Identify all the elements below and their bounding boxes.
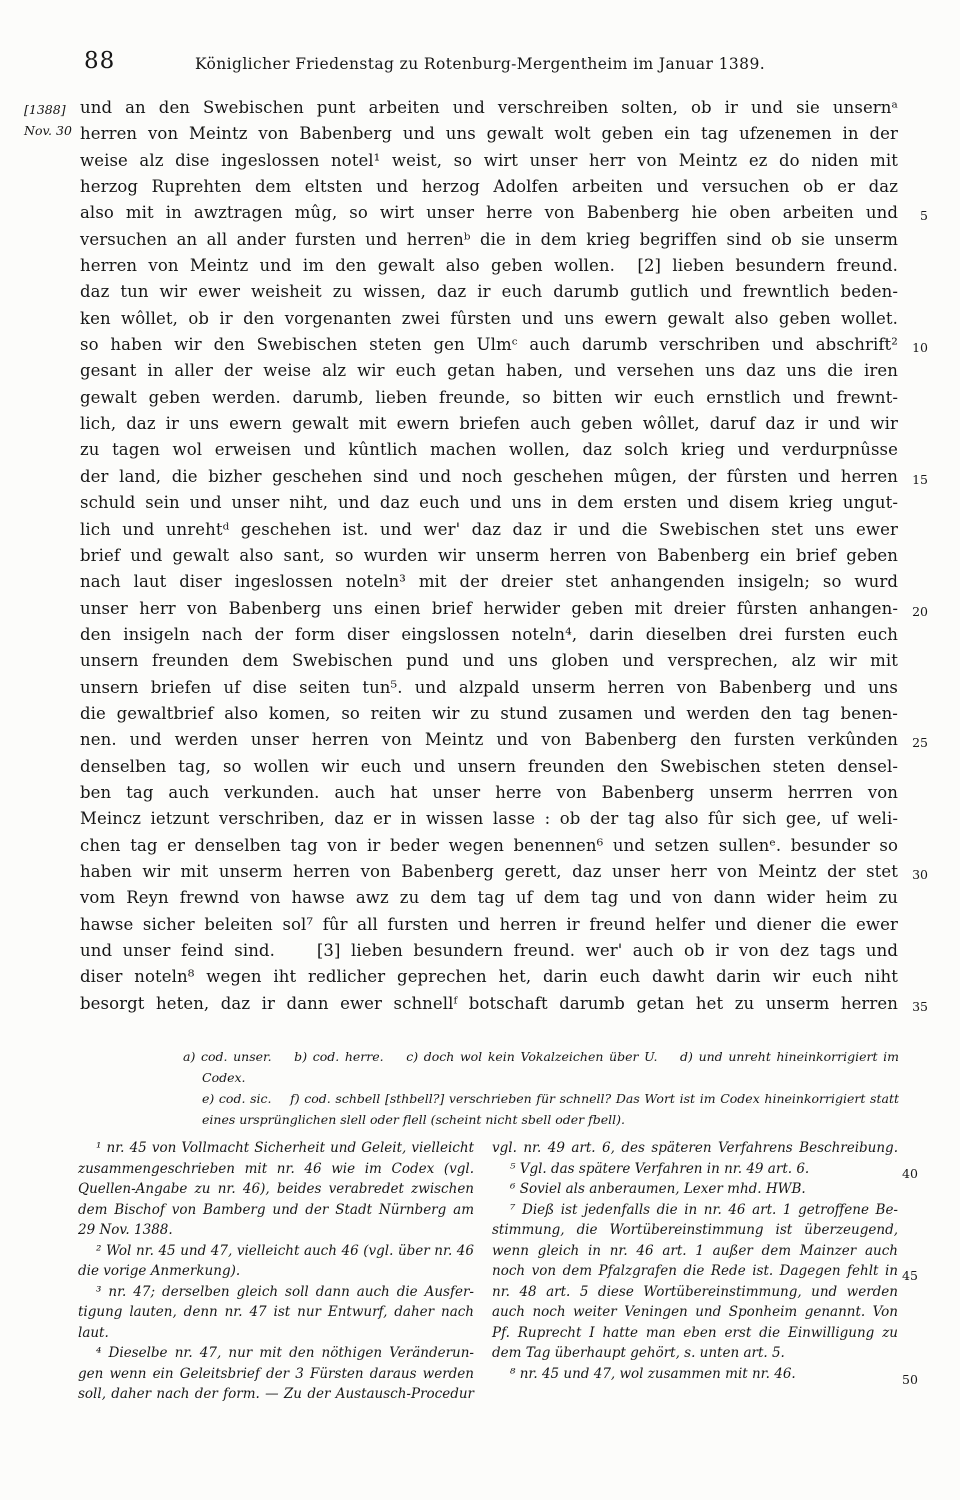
text-line: nen. und werden unser herren von Meintz … xyxy=(80,727,898,753)
text-line: denselben tag, so wollen wir euch und un… xyxy=(80,754,898,780)
text-line: ken wôllet, ob ir den vorgenanten zwei f… xyxy=(80,306,898,332)
text-line: also mit in awztragen mûg, so wirt unser… xyxy=(80,200,898,226)
text-line: den insigeln nach der form diser eingslo… xyxy=(80,622,898,648)
text-line: vom Reyn frewnd von hawse awz zu dem tag… xyxy=(80,885,898,911)
line-number-30: 30 xyxy=(912,862,928,888)
footnotes-left-column: ¹ nr. 45 von Vollmacht Sicherheit und Ge… xyxy=(78,1138,474,1405)
text-line: laut. xyxy=(78,1323,474,1344)
text-line: gesant in aller der weise alz wir euch g… xyxy=(80,358,898,384)
line-number-35: 35 xyxy=(912,994,928,1020)
text-line: unser herr von Babenberg uns einen brief… xyxy=(80,596,898,622)
text-line: weise alz dise ingeslossen notel¹ weist,… xyxy=(80,148,898,174)
margin-note-year: [1388] xyxy=(24,99,72,120)
text-line: haben wir mit unserm herren von Babenber… xyxy=(80,859,898,885)
text-line: ⁵ Vgl. das spätere Verfahren in nr. 49 a… xyxy=(492,1159,898,1180)
line-number-25: 25 xyxy=(912,730,928,756)
text-line: lich und unrehtᵈ geschehen ist. und wer'… xyxy=(80,517,898,543)
text-line: eines ursprünglichen slell oder flell (s… xyxy=(202,1109,899,1130)
text-line: dem Tag überhaupt gehört, s. unten art. … xyxy=(492,1343,898,1364)
text-line: dem Bischof von Bamberg und der Stadt Nü… xyxy=(78,1200,474,1221)
text-line: ³ nr. 47; derselben gleich soll dann auc… xyxy=(78,1282,474,1303)
text-line: ² Wol nr. 45 und 47, vielleicht auch 46 … xyxy=(78,1241,474,1262)
text-line: ben tag auch verkunden. auch hat unser h… xyxy=(80,780,898,806)
text-line: stimmung, die Wortübereinstimmung ist üb… xyxy=(492,1220,898,1241)
text-line: Quellen-Angabe zu nr. 46), beides verabr… xyxy=(78,1179,474,1200)
main-text-block: und an den Swebischen punt arbeiten und … xyxy=(80,95,898,1017)
text-line: nr. 48 art. 5 diese Wortübereinstimmung,… xyxy=(492,1282,898,1303)
text-line: noch von dem Pfalzgrafen die Rede ist. D… xyxy=(492,1261,898,1282)
book-page: 88 Königlicher Friedenstag zu Rotenburg-… xyxy=(0,0,960,1500)
text-line: unsern freunden dem Swebischen pund und … xyxy=(80,648,898,674)
line-number-50: 50 xyxy=(902,1372,918,1387)
text-line: schuld sein und unser niht, und daz euch… xyxy=(80,490,898,516)
text-line: e) cod. sic. f) cod. schbell [sthbell?] … xyxy=(202,1088,899,1109)
text-line: und unser feind sind. [3] lieben besunde… xyxy=(80,938,898,964)
text-line: ⁴ Dieselbe nr. 47, nur mit den nöthigen … xyxy=(78,1343,474,1364)
text-line: vgl. nr. 49 art. 6, des späteren Verfahr… xyxy=(492,1138,898,1159)
text-line: a) cod. unser. b) cod. herre. c) doch wo… xyxy=(202,1046,899,1088)
text-line: soll, daher nach der form. — Zu der Aust… xyxy=(78,1384,474,1405)
margin-date-note: [1388] Nov. 30 xyxy=(24,99,72,141)
text-line: so haben wir den Swebischen steten gen U… xyxy=(80,332,898,358)
text-line: Pf. Ruprecht I hatte man eben erst die E… xyxy=(492,1323,898,1344)
text-line: auch noch weiter Veningen und Sponheim g… xyxy=(492,1302,898,1323)
text-line: hawse sicher beleiten sol⁷ fûr all furst… xyxy=(80,912,898,938)
line-number-5: 5 xyxy=(920,203,928,229)
text-line: gewalt geben werden. darumb, lieben freu… xyxy=(80,385,898,411)
text-line: nach laut diser ingeslossen noteln³ mit … xyxy=(80,569,898,595)
text-line: Meincz ietzunt verschriben, daz er in wi… xyxy=(80,806,898,832)
footnotes-right-column: vgl. nr. 49 art. 6, des späteren Verfahr… xyxy=(492,1138,898,1384)
line-number-15: 15 xyxy=(912,467,928,493)
text-line: besorgt heten, daz ir dann ewer schnellᶠ… xyxy=(80,991,898,1017)
text-line: 29 Nov. 1388. xyxy=(78,1220,474,1241)
line-number-20: 20 xyxy=(912,599,928,625)
text-line: brief und gewalt also sant, so wurden wi… xyxy=(80,543,898,569)
line-number-40: 40 xyxy=(902,1166,918,1181)
text-line: ⁶ Soviel als anberaumen, Lexer mhd. HWB. xyxy=(492,1179,898,1200)
text-line: ⁸ nr. 45 und 47, wol zusammen mit nr. 46… xyxy=(492,1364,898,1385)
text-line: ¹ nr. 45 von Vollmacht Sicherheit und Ge… xyxy=(78,1138,474,1159)
text-line: lich, daz ir uns ewern gewalt mit ewern … xyxy=(80,411,898,437)
text-line: und an den Swebischen punt arbeiten und … xyxy=(80,95,898,121)
text-line: wenn gleich in nr. 46 art. 1 außer dem M… xyxy=(492,1241,898,1262)
text-line: diser noteln⁸ wegen iht redlicher geprec… xyxy=(80,964,898,990)
text-line: zusammengeschrieben mit nr. 46 wie im Co… xyxy=(78,1159,474,1180)
text-line: unsern briefen uf dise seiten tun⁵. und … xyxy=(80,675,898,701)
margin-note-date: Nov. 30 xyxy=(24,120,72,141)
text-line: gen wenn ein Geleitsbrief der 3 Fürsten … xyxy=(78,1364,474,1385)
text-line: tigung lauten, denn nr. 47 ist nur Entwu… xyxy=(78,1302,474,1323)
text-line: ⁷ Dieß ist jedenfalls die in nr. 46 art.… xyxy=(492,1200,898,1221)
text-line: daz tun wir ewer weisheit zu wissen, daz… xyxy=(80,279,898,305)
text-line: herzog Ruprehten dem eltsten und herzog … xyxy=(80,174,898,200)
line-number-10: 10 xyxy=(912,335,928,361)
running-title: Königlicher Friedenstag zu Rotenburg-Mer… xyxy=(195,55,765,73)
text-line: herren von Meintz und im den gewalt also… xyxy=(80,253,898,279)
text-line: der land, die bizher geschehen sind und … xyxy=(80,464,898,490)
apparatus-notes: a) cod. unser. b) cod. herre. c) doch wo… xyxy=(183,1046,899,1130)
page-number: 88 xyxy=(84,48,115,74)
text-line: die gewaltbrief also komen, so reiten wi… xyxy=(80,701,898,727)
text-line: zu tagen wol erweisen und kûntlich mache… xyxy=(80,437,898,463)
text-line: die vorige Anmerkung). xyxy=(78,1261,474,1282)
text-line: versuchen an all ander fursten und herre… xyxy=(80,227,898,253)
text-line: chen tag er denselben tag von ir beder w… xyxy=(80,833,898,859)
line-number-45: 45 xyxy=(902,1268,918,1283)
text-line: herren von Meintz von Babenberg und uns … xyxy=(80,121,898,147)
